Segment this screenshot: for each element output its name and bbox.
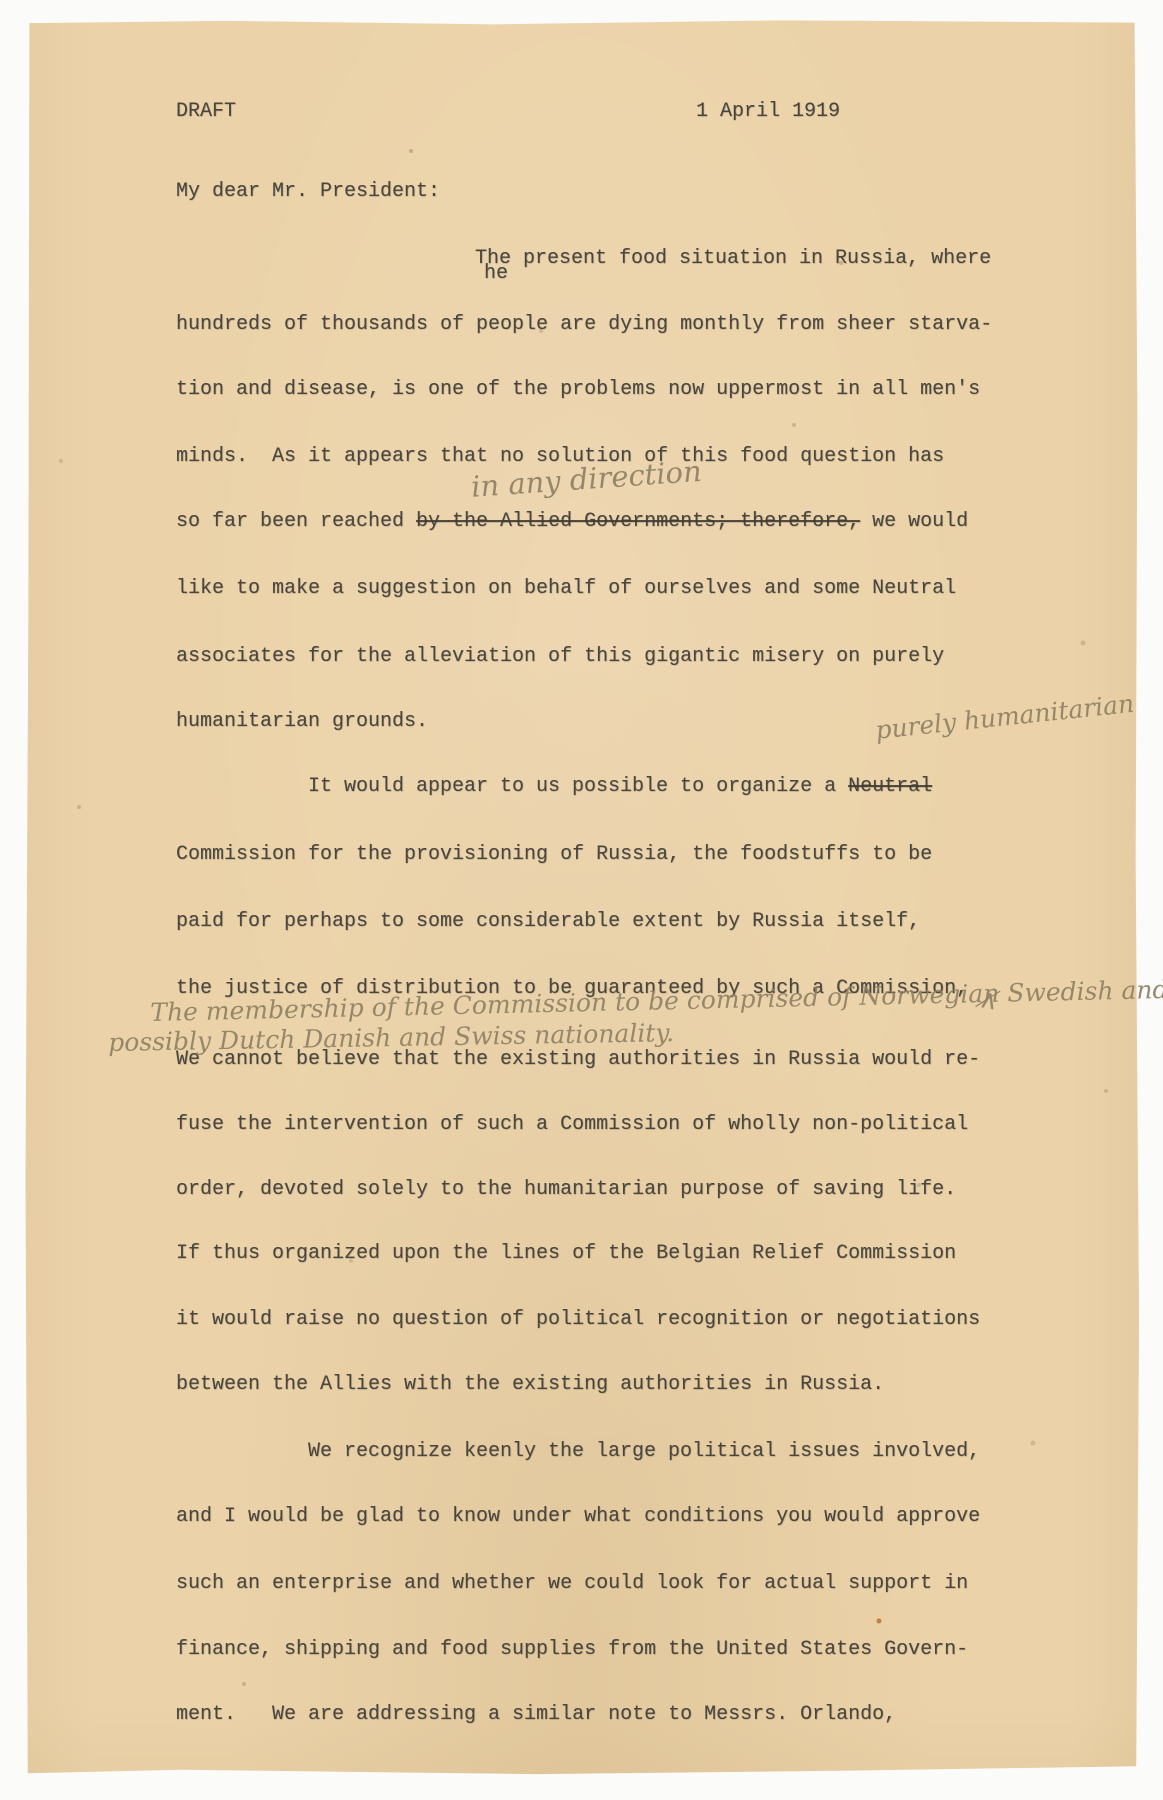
- overtype-he: he: [484, 262, 508, 286]
- typed-line: tion and disease, is one of the problems…: [176, 378, 980, 402]
- typed-line: order, devoted solely to the humanitaria…: [176, 1178, 956, 1202]
- typed-text: between the Allies with the existing aut…: [176, 1373, 884, 1396]
- typed-line: We recognize keenly the large political …: [308, 1440, 980, 1464]
- typed-text: finance, shipping and food supplies from…: [176, 1638, 968, 1661]
- typed-line: Commission for the provisioning of Russi…: [176, 843, 932, 867]
- typed-line: associates for the alleviation of this g…: [176, 645, 944, 669]
- scanned-letter: DRAFT 1 April 1919 My dear Mr. President…: [0, 0, 1163, 1800]
- typed-text: ment. We are addressing a similar note t…: [176, 1703, 896, 1726]
- typed-text: we would: [860, 510, 968, 533]
- typed-text: order, devoted solely to the humanitaria…: [176, 1178, 956, 1201]
- typed-line: The present food situation in Russia, wh…: [475, 247, 991, 271]
- typed-text: so far been reached: [176, 510, 416, 533]
- typed-line: and I would be glad to know under what c…: [176, 1505, 980, 1529]
- typed-line: like to make a suggestion on behalf of o…: [176, 577, 956, 601]
- typed-line: ment. We are addressing a similar note t…: [176, 1703, 896, 1727]
- letter-date: 1 April 1919: [696, 100, 840, 124]
- typed-line: It would appear to us possible to organi…: [308, 775, 932, 799]
- typed-line: If thus organized upon the lines of the …: [176, 1242, 956, 1266]
- typed-line: between the Allies with the existing aut…: [176, 1373, 884, 1397]
- typed-text: tion and disease, is one of the problems…: [176, 378, 980, 401]
- struck-text: by the Allied Governments; therefore,: [416, 510, 860, 533]
- typed-text: humanitarian grounds.: [176, 710, 428, 733]
- typed-text: it would raise no question of political …: [176, 1308, 980, 1331]
- typed-text: associates for the alleviation of this g…: [176, 645, 944, 668]
- typed-text: such an enterprise and whether we could …: [176, 1572, 968, 1595]
- typed-line: hundreds of thousands of people are dyin…: [176, 313, 992, 337]
- salutation: My dear Mr. President:: [176, 180, 440, 204]
- draft-label: DRAFT: [176, 100, 236, 124]
- typed-text: fuse the intervention of such a Commissi…: [176, 1113, 968, 1136]
- typed-line: so far been reached by the Allied Govern…: [176, 510, 968, 534]
- typed-line: paid for perhaps to some considerable ex…: [176, 910, 920, 934]
- typed-text: Commission for the provisioning of Russi…: [176, 843, 932, 866]
- typed-text: We recognize keenly the large political …: [308, 1440, 980, 1463]
- typed-text: It would appear to us possible to organi…: [308, 775, 848, 798]
- paper-specks: [0, 0, 2, 2]
- typed-line: fuse the intervention of such a Commissi…: [176, 1113, 968, 1137]
- typed-text: The present food situation in Russia, wh…: [475, 247, 991, 270]
- typed-text: paid for perhaps to some considerable ex…: [176, 910, 920, 933]
- typed-text: like to make a suggestion on behalf of o…: [176, 577, 956, 600]
- typed-line: humanitarian grounds.: [176, 710, 428, 734]
- typed-line: finance, shipping and food supplies from…: [176, 1638, 968, 1662]
- typed-text: If thus organized upon the lines of the …: [176, 1242, 956, 1265]
- typed-line: such an enterprise and whether we could …: [176, 1572, 968, 1596]
- struck-text: Neutral: [848, 775, 932, 798]
- typed-text: and I would be glad to know under what c…: [176, 1505, 980, 1528]
- typed-line: it would raise no question of political …: [176, 1308, 980, 1332]
- typed-text: hundreds of thousands of people are dyin…: [176, 313, 992, 336]
